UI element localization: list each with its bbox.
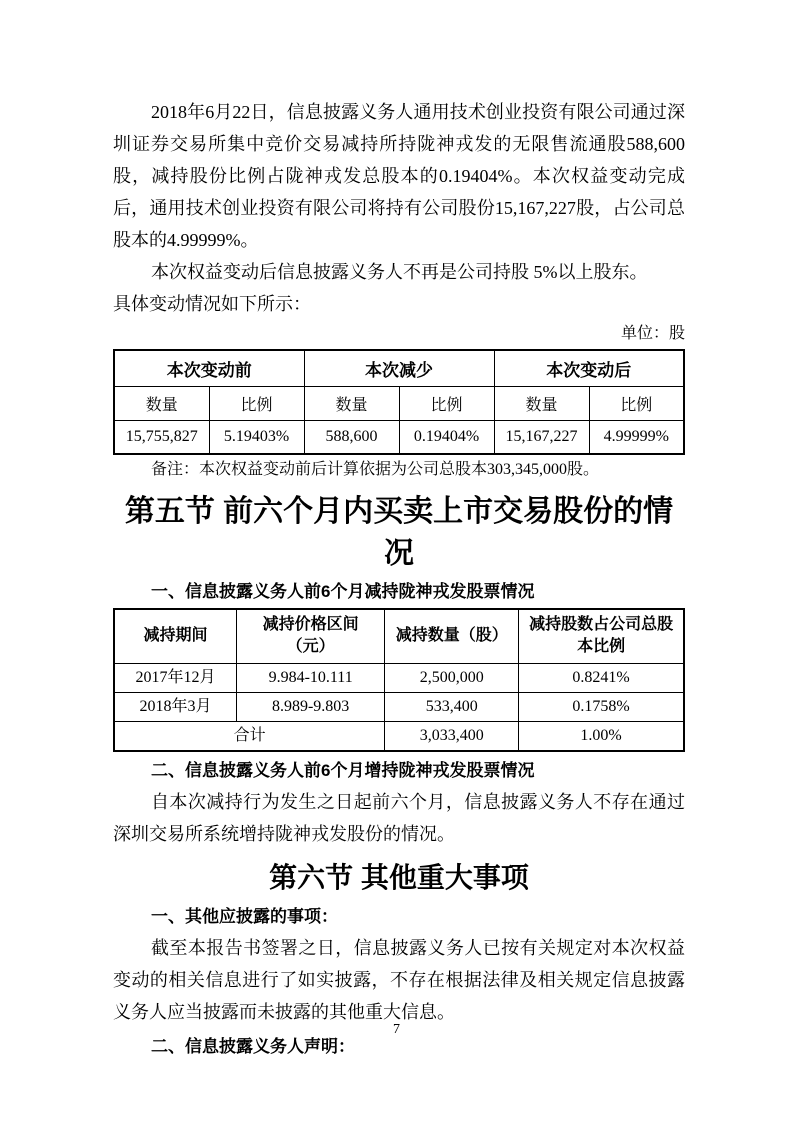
header-period: 减持期间 (114, 609, 237, 663)
subheader-quantity: 数量 (304, 387, 399, 421)
subheader-ratio: 比例 (209, 387, 304, 421)
paragraph-shareholder-status: 本次权益变动后信息披露义务人不再是公司持股 5%以上股东。 (113, 256, 685, 288)
document-page: 2018年6月22日，信息披露义务人通用技术创业投资有限公司通过深圳证券交易所集… (0, 0, 793, 1122)
section5-subheading-increase: 二、信息披露义务人前6个月增持陇神戎发股票情况 (113, 758, 685, 784)
table-row: 2017年12月 9.984-10.111 2,500,000 0.8241% (114, 663, 684, 692)
section5-title: 第五节 前六个月内买卖上市交易股份的情况 (113, 491, 685, 575)
value-decrease-quantity: 588,600 (304, 421, 399, 455)
group-header-before: 本次变动前 (114, 350, 304, 387)
paragraph-equity-change: 2018年6月22日，信息披露义务人通用技术创业投资有限公司通过深圳证券交易所集… (113, 96, 685, 256)
subheader-ratio: 比例 (589, 387, 684, 421)
subheader-quantity: 数量 (494, 387, 589, 421)
page-number: 7 (0, 1022, 793, 1038)
cell-ratio: 0.8241% (519, 663, 684, 692)
value-before-ratio: 5.19403% (209, 421, 304, 455)
value-decrease-ratio: 0.19404% (399, 421, 494, 455)
section5-subheading-reduction: 一、信息披露义务人前6个月减持陇神戎发股票情况 (113, 579, 685, 605)
cell-quantity: 2,500,000 (385, 663, 519, 692)
header-quantity: 减持数量（股） (385, 609, 519, 663)
header-price-range: 减持价格区间（元） (237, 609, 385, 663)
total-quantity: 3,033,400 (385, 721, 519, 751)
paragraph-disclosure-statement: 截至本报告书签署之日，信息披露义务人已按有关规定对本次权益变动的相关信息进行了如… (113, 932, 685, 1028)
header-ratio: 减持股数占公司总股本比例 (519, 609, 684, 663)
cell-ratio: 0.1758% (519, 692, 684, 721)
group-header-decrease: 本次减少 (304, 350, 494, 387)
table-header-row: 减持期间 减持价格区间（元） 减持数量（股） 减持股数占公司总股本比例 (114, 609, 684, 663)
table-note: 备注：本次权益变动前后计算依据为公司总股本303,345,000股。 (113, 455, 685, 485)
subheader-ratio: 比例 (399, 387, 494, 421)
reduction-detail-table: 减持期间 减持价格区间（元） 减持数量（股） 减持股数占公司总股本比例 2017… (113, 608, 685, 752)
equity-change-table: 本次变动前 本次减少 本次变动后 数量 比例 数量 比例 数量 比例 15,75… (113, 349, 685, 455)
total-label: 合计 (114, 721, 385, 751)
table-group-header-row: 本次变动前 本次减少 本次变动后 (114, 350, 684, 387)
group-header-after: 本次变动后 (494, 350, 684, 387)
cell-price-range: 8.989-9.803 (237, 692, 385, 721)
unit-label: 单位：股 (113, 322, 685, 346)
cell-quantity: 533,400 (385, 692, 519, 721)
paragraph-change-detail-lead: 具体变动情况如下所示： (113, 288, 685, 320)
paragraph-no-increase: 自本次减持行为发生之日起前六个月，信息披露义务人不存在通过深圳交易所系统增持陇神… (113, 786, 685, 850)
section6-subheading-other-matters: 一、其他应披露的事项： (113, 904, 685, 930)
subheader-quantity: 数量 (114, 387, 209, 421)
value-before-quantity: 15,755,827 (114, 421, 209, 455)
section6-title: 第六节 其他重大事项 (113, 858, 685, 898)
value-after-ratio: 4.99999% (589, 421, 684, 455)
table-subheader-row: 数量 比例 数量 比例 数量 比例 (114, 387, 684, 421)
cell-price-range: 9.984-10.111 (237, 663, 385, 692)
table-data-row: 15,755,827 5.19403% 588,600 0.19404% 15,… (114, 421, 684, 455)
value-after-quantity: 15,167,227 (494, 421, 589, 455)
cell-period: 2018年3月 (114, 692, 237, 721)
cell-period: 2017年12月 (114, 663, 237, 692)
table-row: 2018年3月 8.989-9.803 533,400 0.1758% (114, 692, 684, 721)
total-ratio: 1.00% (519, 721, 684, 751)
table-total-row: 合计 3,033,400 1.00% (114, 721, 684, 751)
